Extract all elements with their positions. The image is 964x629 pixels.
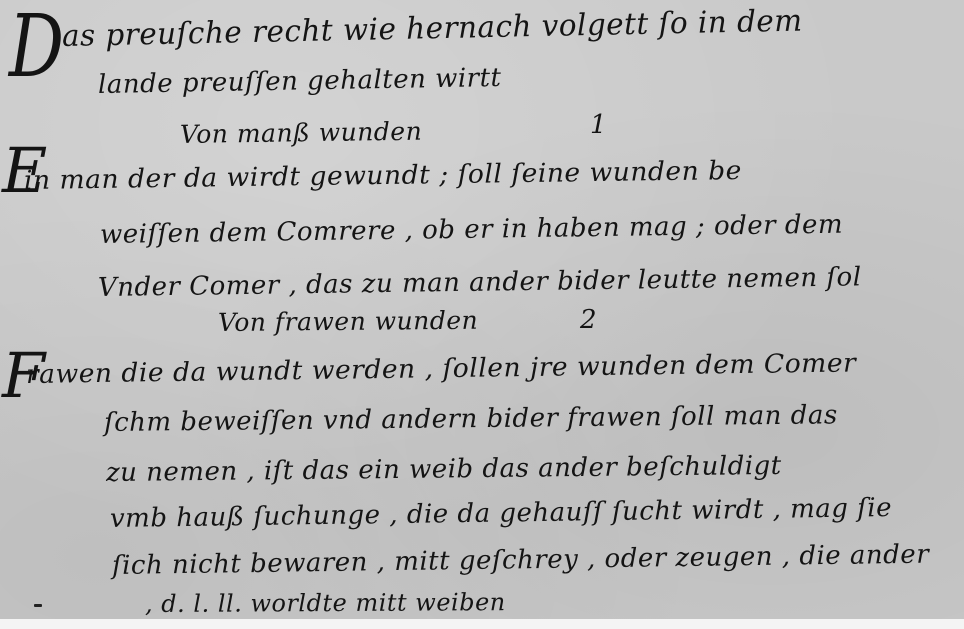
paragraph-2-line-2: ſchm beweiſſen vnd andern bider frawen ſ… — [104, 402, 838, 436]
paragraph-1-line-3: Vnder Comer , das zu man ander bider leu… — [98, 264, 862, 301]
scan-bottom-margin — [0, 619, 964, 629]
paragraph-2-line-1: rawen die da wundt werden , ſollen jre w… — [26, 350, 857, 388]
paragraph-2-line-4: vmb hauß ſuchunge , die da gehauſſ ſucht… — [110, 495, 892, 532]
title-line-2: lande preuſſen gehalten wirtt — [98, 65, 502, 98]
margin-dash — [34, 604, 42, 607]
decorated-initial-d: D — [9, 4, 64, 90]
section-2-heading: Von frawen wunden — [218, 308, 478, 335]
section-1-heading: Von manß wunden — [180, 119, 423, 147]
section-2-number: 2 — [580, 305, 597, 335]
manuscript-page: D as preuſche recht wie hernach volgett … — [0, 0, 964, 619]
section-1-number: 1 — [590, 110, 607, 140]
paragraph-1-line-1: in man der da wirdt gewundt ; ſoll ſeine… — [24, 158, 742, 194]
paragraph-2-line-5: ſich nicht bewaren , mitt geſchrey , ode… — [112, 542, 930, 579]
title-line-1: as preuſche recht wie hernach volgett ſo… — [62, 6, 803, 52]
paragraph-2-line-6: , d. l. ll. worldte mitt weiben — [145, 590, 506, 616]
paragraph-2-line-3: zu nemen , iſt das ein weib das ander be… — [106, 453, 782, 486]
paragraph-1-line-2: weiſſen dem Comrere , ob er in haben mag… — [100, 212, 843, 248]
